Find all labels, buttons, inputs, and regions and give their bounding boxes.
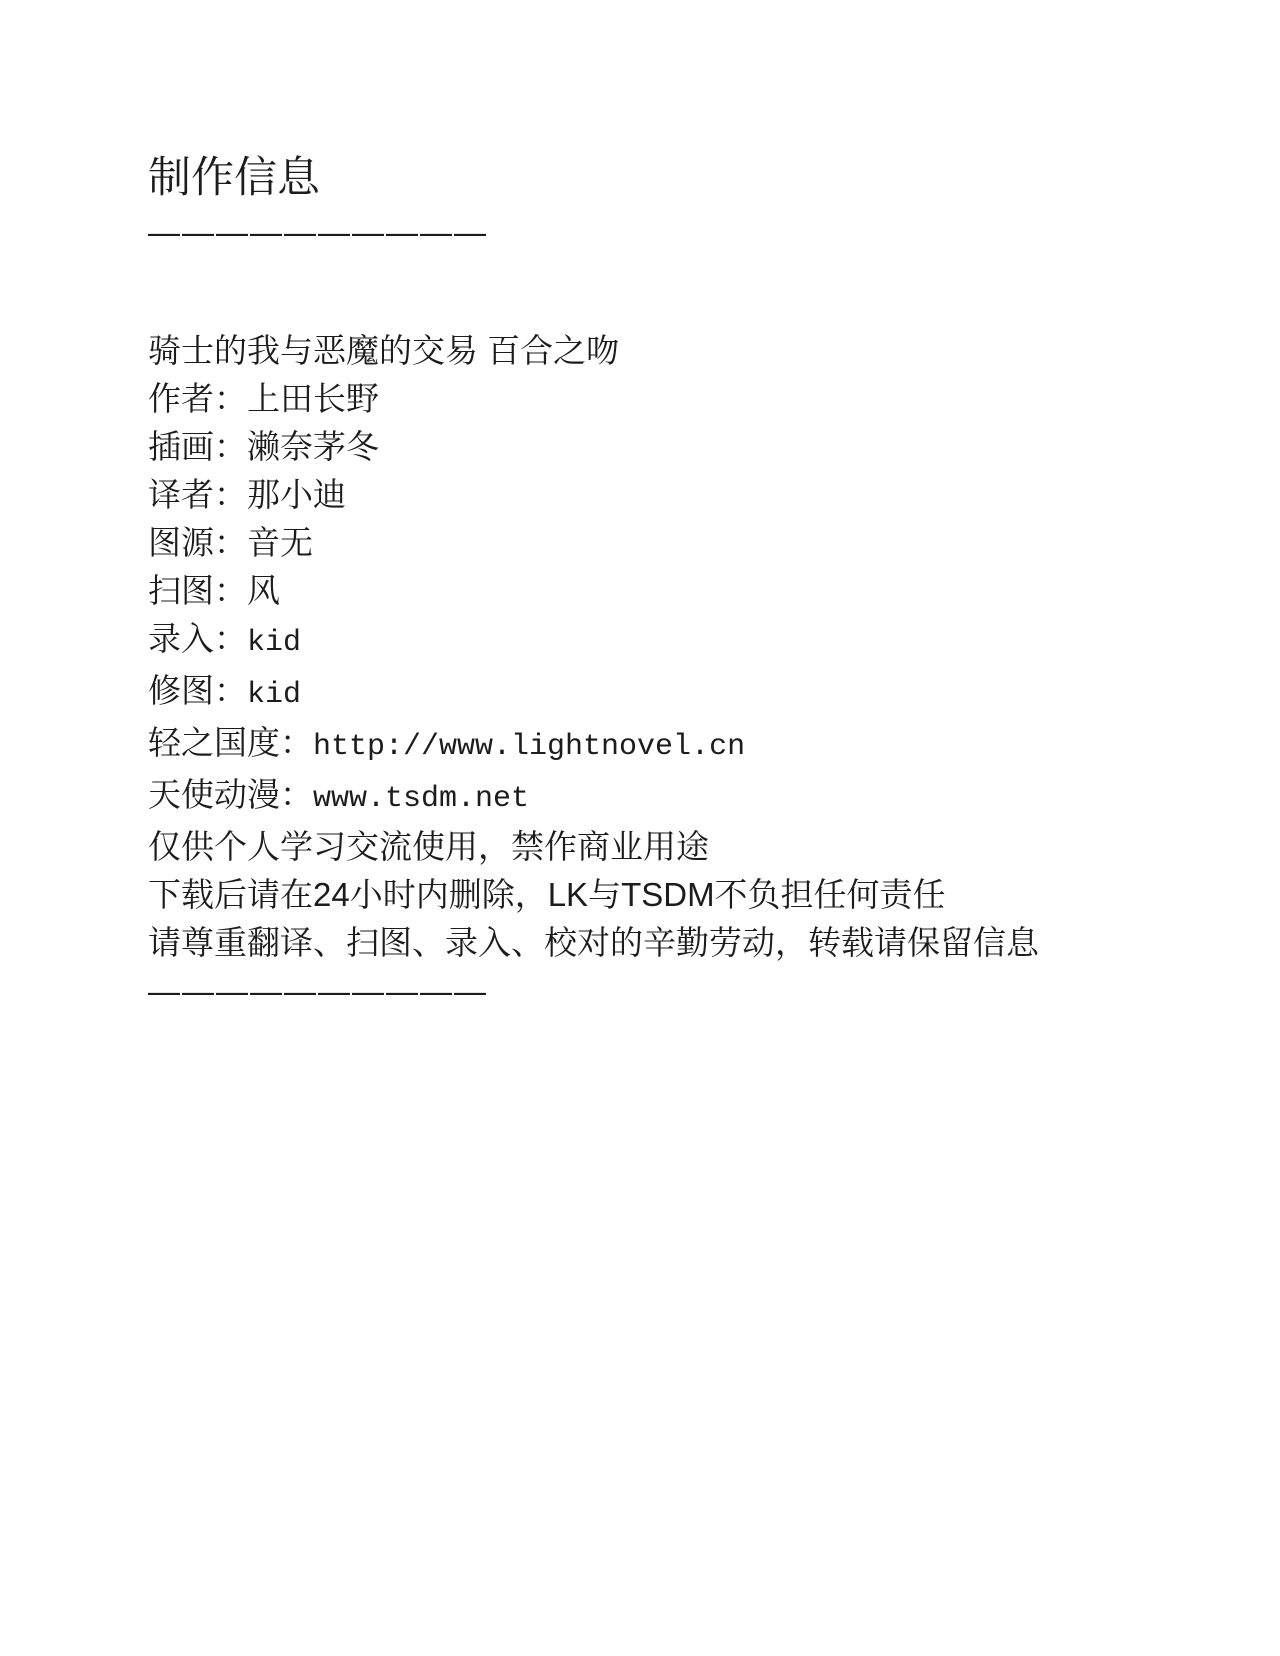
credit-label: 译者： bbox=[148, 476, 247, 513]
credit-label: 插画： bbox=[148, 428, 247, 465]
credit-label: 录入： bbox=[148, 620, 247, 657]
credit-row-illustrator: 插画：濑奈茅冬 bbox=[148, 423, 1240, 471]
credit-label: 天使动漫： bbox=[148, 776, 313, 813]
credit-label: 扫图： bbox=[148, 572, 247, 609]
credit-label: 修图： bbox=[148, 672, 247, 709]
credits-block: 骑士的我与恶魔的交易 百合之吻 作者：上田长野 插画：濑奈茅冬 译者：那小迪 图… bbox=[148, 327, 1240, 1015]
credit-row-typist: 录入：kid bbox=[148, 615, 1240, 667]
credit-value: 濑奈茅冬 bbox=[247, 428, 379, 465]
credit-row-tsdm-site: 天使动漫：www.tsdm.net bbox=[148, 771, 1240, 823]
notice-line-delete-24h: 下载后请在24小时内删除，LK与TSDM不负担任何责任 bbox=[148, 871, 1240, 919]
credit-value: kid bbox=[247, 678, 301, 712]
divider-bottom: —————————— bbox=[148, 967, 1240, 1015]
credit-label: 图源： bbox=[148, 524, 247, 561]
credit-value: kid bbox=[247, 626, 301, 660]
credit-value: 风 bbox=[247, 572, 280, 609]
notice-line-respect-work: 请尊重翻译、扫图、录入、校对的辛勤劳动，转载请保留信息 bbox=[148, 919, 1240, 967]
credit-row-scanner: 扫图：风 bbox=[148, 567, 1240, 615]
page-title: 制作信息 bbox=[148, 148, 1240, 208]
credit-value: 音无 bbox=[247, 524, 313, 561]
credit-row-retoucher: 修图：kid bbox=[148, 667, 1240, 719]
production-info-page: 制作信息 —————————— 骑士的我与恶魔的交易 百合之吻 作者：上田长野 … bbox=[0, 0, 1280, 1656]
credit-row-translator: 译者：那小迪 bbox=[148, 471, 1240, 519]
credit-value-url: www.tsdm.net bbox=[313, 782, 529, 816]
credit-label: 轻之国度： bbox=[148, 724, 313, 761]
book-title: 骑士的我与恶魔的交易 百合之吻 bbox=[148, 327, 1240, 375]
credit-row-image-source: 图源：音无 bbox=[148, 519, 1240, 567]
credit-row-lightnovel-site: 轻之国度：http://www.lightnovel.cn bbox=[148, 719, 1240, 771]
credit-value: 上田长野 bbox=[247, 380, 379, 417]
credit-value: 那小迪 bbox=[247, 476, 346, 513]
credit-label: 作者： bbox=[148, 380, 247, 417]
credit-value-url: http://www.lightnovel.cn bbox=[313, 730, 745, 764]
credit-row-author: 作者：上田长野 bbox=[148, 375, 1240, 423]
notice-line-personal-use: 仅供个人学习交流使用，禁作商业用途 bbox=[148, 823, 1240, 871]
divider-top: —————————— bbox=[148, 208, 1240, 256]
